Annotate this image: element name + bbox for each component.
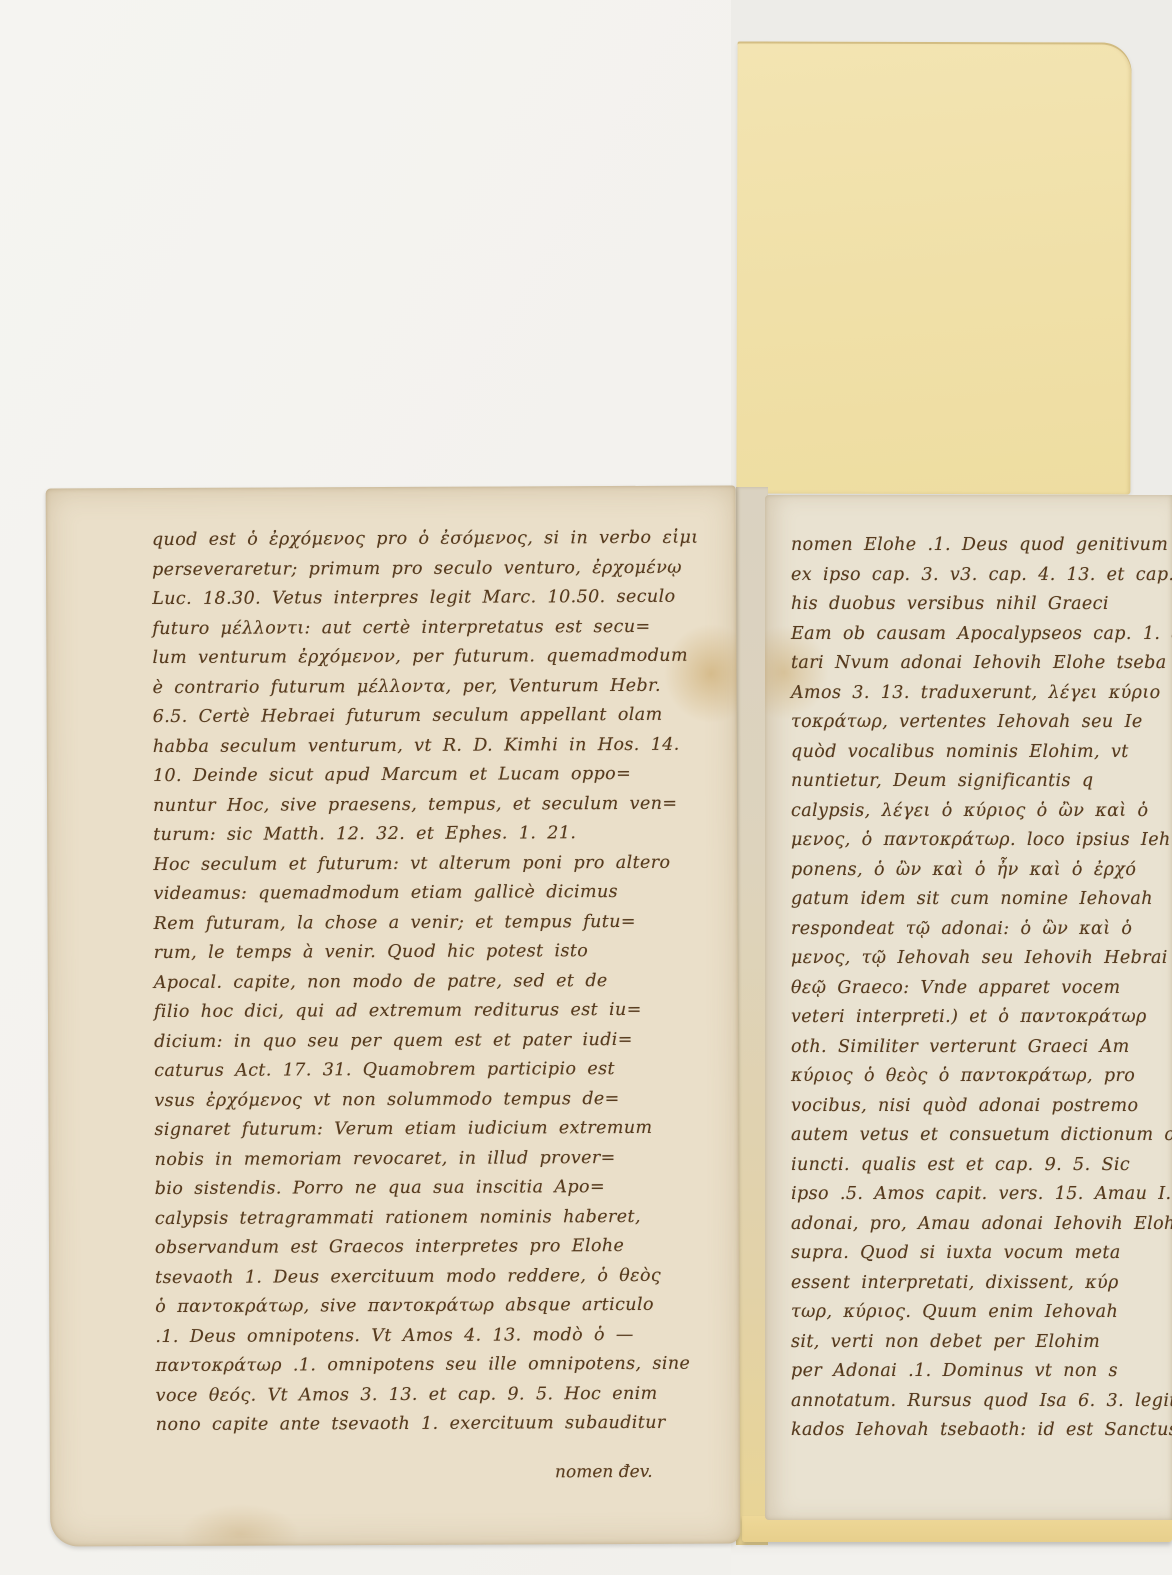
manuscript-line: Apocal. capite, non modo de patre, sed e…: [154, 966, 701, 998]
manuscript-line: μενος, τῷ Iehovah seu Iehovih Hebrai: [791, 944, 1172, 974]
manuscript-line: .1. Deus omnipotens. Vt Amos 4. 13. modò…: [155, 1320, 702, 1352]
manuscript-line: iuncti. qualis est et cap. 9. 5. Sic: [791, 1151, 1172, 1181]
manuscript-line: nobis in memoriam revocaret, in illud pr…: [155, 1143, 702, 1175]
manuscript-line: voce θεός. Vt Amos 3. 13. et cap. 9. 5. …: [156, 1379, 703, 1411]
cream-cover-sheet: [736, 41, 1131, 494]
manuscript-line: turum: sic Matth. 12. 32. et Ephes. 1. 2…: [153, 819, 700, 851]
manuscript-line: signaret futurum: Verum etiam iudicium e…: [154, 1114, 701, 1146]
manuscript-line: futuro μέλλοντι: aut certè interpretatus…: [152, 612, 699, 644]
manuscript-line: videamus: quemadmodum etiam gallicè dici…: [153, 878, 700, 910]
manuscript-line: 10. Deinde sicut apud Marcum et Lucam op…: [153, 760, 700, 792]
manuscript-line: μενος, ὁ παντοκράτωρ. loco ipsius Ieh: [791, 826, 1172, 856]
right-manuscript-page: nomen Elohe .1. Deus quod genitivum Tsex…: [765, 495, 1172, 1520]
manuscript-line: rum, le temps à venir. Quod hic potest i…: [154, 937, 701, 969]
manuscript-line: nuntur Hoc, sive praesens, tempus, et se…: [153, 789, 700, 821]
right-page-text: nomen Elohe .1. Deus quod genitivum Tsex…: [791, 531, 1172, 1446]
manuscript-line: 6.5. Certè Hebraei futurum seculum appel…: [153, 701, 700, 733]
manuscript-line: perseveraretur; primum pro seculo ventur…: [152, 553, 699, 585]
manuscript-line: nuntietur, Deum significantis q: [791, 767, 1172, 797]
manuscript-line: Amos 3. 13. traduxerunt, λέγει κύριο: [791, 679, 1172, 709]
catchword: nomen đev.: [555, 1462, 653, 1482]
manuscript-line: kados Iehovah tsebaoth: id est Sanctus: [791, 1416, 1172, 1446]
manuscript-line: nono capite ante tsevaoth 1. exercituum …: [156, 1409, 703, 1441]
manuscript-line: calypsis tetragrammati rationem nominis …: [155, 1202, 702, 1234]
manuscript-line: lum venturum ἐρχόμενον, per futurum. que…: [152, 642, 699, 674]
manuscript-line: bio sistendis. Porro ne qua sua inscitia…: [155, 1173, 702, 1205]
manuscript-line: annotatum. Rursus quod Isa 6. 3. legit: [791, 1387, 1172, 1417]
manuscript-line: observandum est Graecos interpretes pro …: [155, 1232, 702, 1264]
manuscript-line: veteri interpreti.) et ὁ παντοκράτωρ: [791, 1003, 1172, 1033]
manuscript-line: θεῷ Graeco: Vnde apparet vocem: [791, 974, 1172, 1004]
manuscript-line: tari Nvum adonai Iehovih Elohe tseba: [791, 649, 1172, 679]
manuscript-line: calypsis, λέγει ὁ κύριος ὁ ὢν καὶ ὁ: [791, 797, 1172, 827]
manuscript-line: è contrario futurum μέλλοντα, per, Ventu…: [153, 671, 700, 703]
manuscript-line: vocibus, nisi quòd adonai postremo: [791, 1092, 1172, 1122]
manuscript-line: dicium: in quo seu per quem est et pater…: [154, 1025, 701, 1057]
manuscript-line: sit, verti non debet per Elohim: [791, 1328, 1172, 1358]
manuscript-line: ὁ παντοκράτωρ, sive παντοκράτωρ absque a…: [155, 1291, 702, 1323]
manuscript-line: κύριος ὁ θεὸς ὁ παντοκράτωρ, pro: [791, 1062, 1172, 1092]
manuscript-line: caturus Act. 17. 31. Quamobrem participi…: [154, 1055, 701, 1087]
manuscript-line: τωρ, κύριος. Quum enim Iehovah: [791, 1298, 1172, 1328]
manuscript-line: essent interpretati, dixissent, κύρ: [791, 1269, 1172, 1299]
manuscript-line: ex ipso cap. 3. v3. cap. 4. 13. et cap.: [791, 561, 1172, 591]
left-manuscript-page: quod est ὁ ἐρχόμενος pro ὁ ἐσόμενος, si …: [46, 485, 741, 1546]
manuscript-line: filio hoc dici, qui ad extremum redituru…: [154, 996, 701, 1028]
manuscript-line: τοκράτωρ, vertentes Iehovah seu Ie: [791, 708, 1172, 738]
manuscript-line: oth. Similiter verterunt Graeci Am: [791, 1033, 1172, 1063]
manuscript-line: his duobus versibus nihil Graeci: [791, 590, 1172, 620]
left-page-text: quod est ὁ ἐρχόμενος pro ὁ ἐσόμενος, si …: [152, 524, 703, 1441]
manuscript-scan: quod est ὁ ἐρχόμενος pro ὁ ἐσόμενος, si …: [0, 0, 1172, 1575]
manuscript-line: supra. Quod si iuxta vocum meta: [791, 1239, 1172, 1269]
manuscript-line: habba seculum venturum, vt R. D. Kimhi i…: [153, 730, 700, 762]
manuscript-line: vsus ἐρχόμενος vt non solummodo tempus d…: [154, 1084, 701, 1116]
manuscript-line: quòd vocalibus nominis Elohim, vt: [791, 738, 1172, 768]
paper-stain: [180, 1503, 300, 1546]
manuscript-line: per Adonai .1. Dominus vt non s: [791, 1357, 1172, 1387]
manuscript-line: quod est ὁ ἐρχόμενος pro ὁ ἐσόμενος, si …: [152, 524, 699, 556]
manuscript-line: Rem futuram, la chose a venir; et tempus…: [154, 907, 701, 939]
manuscript-line: autem vetus et consuetum dictionum or: [791, 1121, 1172, 1151]
manuscript-line: ipso .5. Amos capit. vers. 15. Amau I.: [791, 1180, 1172, 1210]
manuscript-line: respondeat τῷ adonai: ὁ ὢν καὶ ὁ: [791, 915, 1172, 945]
binding-gutter: [736, 487, 768, 1545]
manuscript-line: Hoc seculum et futurum: vt alterum poni …: [153, 848, 700, 880]
manuscript-line: tsevaoth 1. Deus exercituum modo reddere…: [155, 1261, 702, 1293]
manuscript-line: nomen Elohe .1. Deus quod genitivum Ts: [791, 531, 1172, 561]
manuscript-line: παντοκράτωρ .1. omnipotens seu ille omni…: [155, 1350, 702, 1382]
manuscript-line: gatum idem sit cum nomine Iehovah: [791, 885, 1172, 915]
manuscript-line: adonai, pro, Amau adonai Iehovih Eloh: [791, 1210, 1172, 1240]
manuscript-line: Eam ob causam Apocalypseos cap. 1. 8.: [791, 620, 1172, 650]
manuscript-line: Luc. 18.30. Vetus interpres legit Marc. …: [152, 583, 699, 615]
manuscript-line: ponens, ὁ ὢν καὶ ὁ ἦν καὶ ὁ ἐρχό: [791, 856, 1172, 886]
